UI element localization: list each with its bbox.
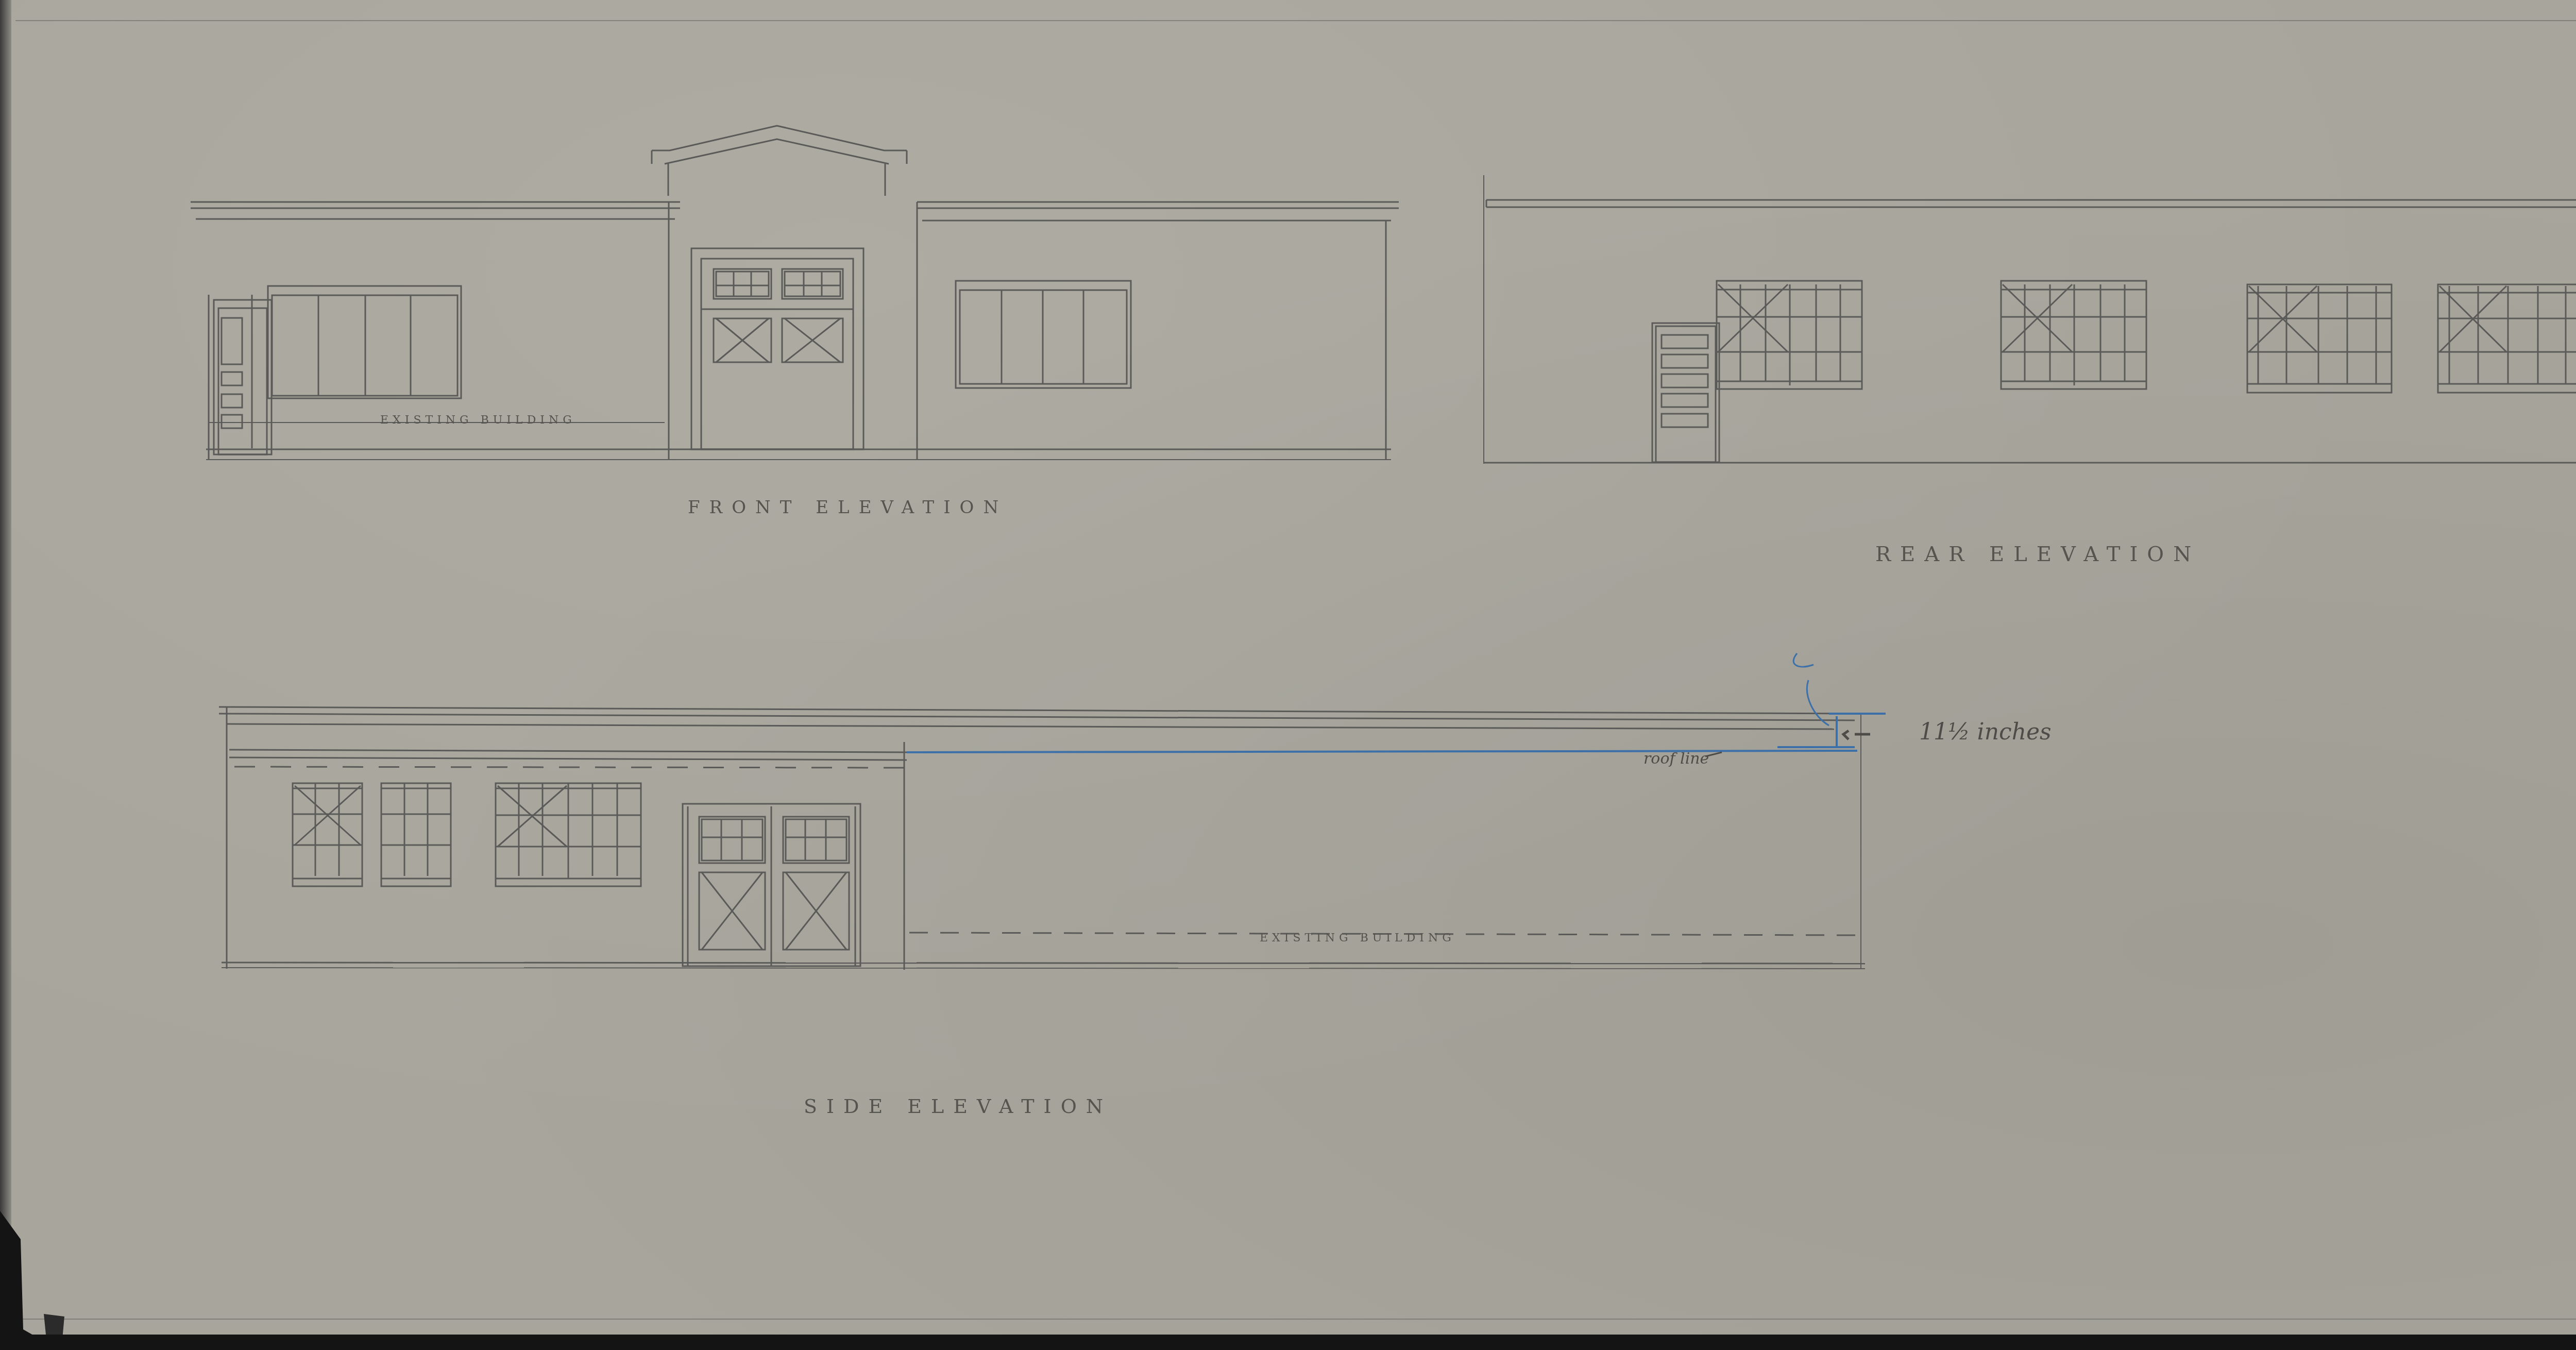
torn-corner <box>0 1211 67 1345</box>
roof-line-note: roof line <box>1643 750 1709 768</box>
elevation-drawings <box>0 0 2576 1350</box>
front-elevation <box>191 126 1399 460</box>
sheet-bottom-edge <box>0 1335 2576 1350</box>
rear-elevation-title: Rear Elevation <box>1875 543 2200 566</box>
rear-elevation <box>1484 175 2576 469</box>
front-existing-building-label: Existing Building <box>380 414 576 427</box>
drawing-sheet: Front Elevation Existing Building Rear E… <box>0 0 2576 1350</box>
front-elevation-title: Front Elevation <box>688 497 1008 518</box>
dimension-note: 11½ inches <box>1919 719 2052 745</box>
side-elevation-title: Side Elevation <box>804 1095 1112 1118</box>
side-existing-building-label: Existing Building <box>1260 932 1455 944</box>
side-elevation <box>219 653 1886 970</box>
